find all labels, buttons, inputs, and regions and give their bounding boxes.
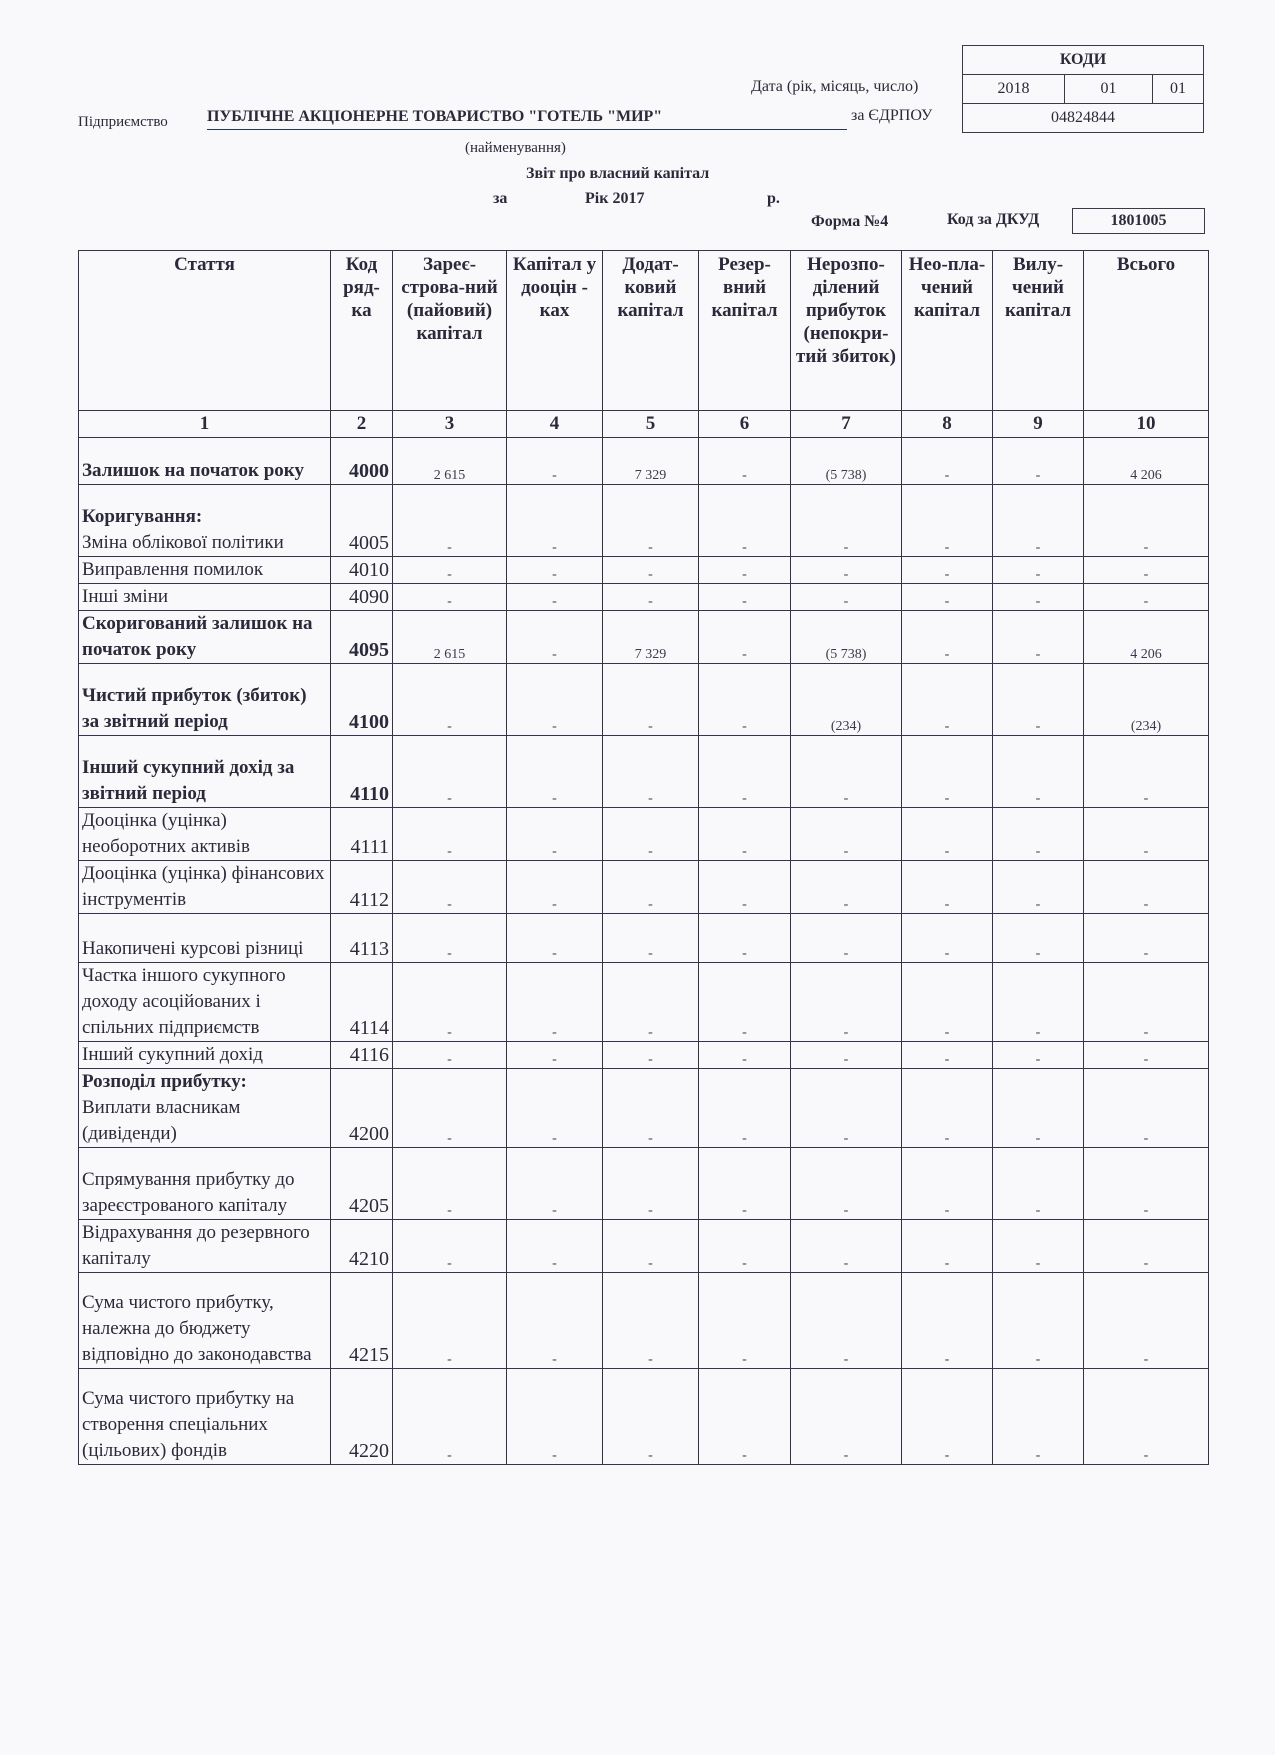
value-cell: - [699, 1273, 791, 1369]
value-cell: - [603, 664, 699, 736]
section-heading: Коригування: [82, 504, 327, 530]
value-cell: - [993, 584, 1084, 611]
value-cell: - [993, 438, 1084, 485]
row-label-cell: Скоригований залишок на початок року [79, 611, 331, 664]
table-row: Дооцінка (уцінка) фінансових інструменті… [79, 861, 1209, 914]
value-cell: - [699, 1069, 791, 1148]
value-cell: - [603, 963, 699, 1042]
value-cell: - [1084, 557, 1209, 584]
column-number: 9 [993, 411, 1084, 438]
row-label: Скоригований залишок на початок року [82, 613, 313, 660]
value-cell: - [791, 1220, 902, 1273]
row-code: 4112 [331, 861, 393, 914]
column-header-2: Код ряд-ка [331, 251, 393, 411]
value-cell: - [699, 914, 791, 963]
row-code: 4116 [331, 1042, 393, 1069]
value-cell: - [791, 1273, 902, 1369]
value-cell: - [507, 861, 603, 914]
period-suffix: р. [767, 190, 780, 208]
value-cell: - [603, 808, 699, 861]
value-cell: - [1084, 485, 1209, 557]
date-label: Дата (рік, місяць, число) [751, 78, 918, 96]
value-cell: - [393, 664, 507, 736]
value-cell: - [393, 963, 507, 1042]
value-cell: - [603, 1220, 699, 1273]
value-cell: - [507, 1273, 603, 1369]
row-code: 4114 [331, 963, 393, 1042]
value-cell: (234) [791, 664, 902, 736]
row-code: 4210 [331, 1220, 393, 1273]
value-cell: - [993, 1369, 1084, 1465]
value-cell: - [902, 1220, 993, 1273]
row-label-cell: Сума чистого прибутку на створення спеці… [79, 1369, 331, 1465]
value-cell: - [791, 557, 902, 584]
value-cell: - [603, 557, 699, 584]
row-code: 4010 [331, 557, 393, 584]
value-cell: - [699, 611, 791, 664]
value-cell: - [993, 1148, 1084, 1220]
row-code: 4111 [331, 808, 393, 861]
row-label-cell: Відрахування до резервного капіталу [79, 1220, 331, 1273]
value-cell: - [791, 736, 902, 808]
value-cell: - [699, 736, 791, 808]
row-label: Відрахування до резервного капіталу [82, 1222, 310, 1269]
value-cell: - [1084, 1220, 1209, 1273]
value-cell: - [507, 1369, 603, 1465]
table-row: Коригування:Зміна облікової політики4005… [79, 485, 1209, 557]
column-header-9: Вилу-чений капітал [993, 251, 1084, 411]
row-code: 4090 [331, 584, 393, 611]
column-header-7: Нерозпо-ділений прибуток (непокри-тий зб… [791, 251, 902, 411]
column-number: 10 [1084, 411, 1209, 438]
table-row: Інший сукупний дохід за звітний період41… [79, 736, 1209, 808]
value-cell: - [507, 1220, 603, 1273]
value-cell: - [1084, 1273, 1209, 1369]
code-day: 01 [1153, 75, 1203, 103]
value-cell: - [993, 736, 1084, 808]
value-cell: (5 738) [791, 438, 902, 485]
value-cell: - [699, 1042, 791, 1069]
row-label: Інші зміни [82, 586, 168, 607]
row-label-cell: Виправлення помилок [79, 557, 331, 584]
value-cell: - [507, 808, 603, 861]
value-cell: - [1084, 861, 1209, 914]
row-label-cell: Спрямування прибутку до зареєстрованого … [79, 1148, 331, 1220]
value-cell: - [393, 1042, 507, 1069]
column-header-10: Всього [1084, 251, 1209, 411]
row-label-cell: Інший сукупний дохід за звітний період [79, 736, 331, 808]
row-label: Дооцінка (уцінка) фінансових інструменті… [82, 863, 325, 910]
value-cell: - [393, 1148, 507, 1220]
row-label: Частка іншого сукупного доходу асоційова… [82, 965, 286, 1038]
value-cell: - [1084, 963, 1209, 1042]
value-cell: - [507, 611, 603, 664]
column-header-8: Нео-пла-чений капітал [902, 251, 993, 411]
report-title: Звіт про власний капітал [526, 165, 709, 183]
value-cell: - [993, 1069, 1084, 1148]
row-label: Інший сукупний дохід [82, 1044, 263, 1065]
value-cell: - [791, 914, 902, 963]
row-code: 4200 [331, 1069, 393, 1148]
row-code: 4005 [331, 485, 393, 557]
row-label: Дооцінка (уцінка) необоротних активів [82, 810, 250, 857]
value-cell: - [603, 861, 699, 914]
column-number: 7 [791, 411, 902, 438]
period-prefix: за [493, 190, 507, 208]
code-year: 2018 [963, 75, 1065, 103]
row-code: 4220 [331, 1369, 393, 1465]
table-row: Частка іншого сукупного доходу асоційова… [79, 963, 1209, 1042]
header-row: СтаттяКод ряд-каЗареє-строва-ний (пайови… [79, 251, 1209, 411]
column-number: 6 [699, 411, 791, 438]
codes-box: КОДИ 2018 01 01 04824844 [962, 45, 1204, 133]
row-label: Спрямування прибутку до зареєстрованого … [82, 1169, 295, 1216]
row-code: 4110 [331, 736, 393, 808]
value-cell: - [1084, 808, 1209, 861]
form-number: Форма №4 [811, 213, 888, 231]
value-cell: - [699, 438, 791, 485]
value-cell: - [603, 736, 699, 808]
table-row: Сума чистого прибутку на створення спеці… [79, 1369, 1209, 1465]
row-label: Сума чистого прибутку, належна до бюджет… [82, 1292, 312, 1365]
value-cell: - [791, 861, 902, 914]
value-cell: - [393, 1069, 507, 1148]
value-cell: - [699, 664, 791, 736]
row-label: Сума чистого прибутку на створення спеці… [82, 1388, 294, 1461]
value-cell: - [507, 438, 603, 485]
report-period: Рік 2017 [585, 190, 644, 208]
row-code: 4000 [331, 438, 393, 485]
enterprise-label: Підприємство [78, 114, 168, 131]
value-cell: 7 329 [603, 611, 699, 664]
value-cell: - [507, 485, 603, 557]
value-cell: - [1084, 1148, 1209, 1220]
value-cell: - [507, 1069, 603, 1148]
column-header-5: Додат-ковий капітал [603, 251, 699, 411]
name-caption: (найменування) [465, 140, 566, 157]
value-cell: - [993, 1220, 1084, 1273]
value-cell: - [993, 963, 1084, 1042]
value-cell: - [902, 557, 993, 584]
value-cell: 4 206 [1084, 611, 1209, 664]
value-cell: - [791, 1148, 902, 1220]
value-cell: - [507, 557, 603, 584]
value-cell: - [902, 1042, 993, 1069]
value-cell: - [902, 611, 993, 664]
value-cell: - [1084, 584, 1209, 611]
value-cell: - [1084, 736, 1209, 808]
row-label-cell: Сума чистого прибутку, належна до бюджет… [79, 1273, 331, 1369]
dkud-code-box: 1801005 [1072, 208, 1205, 234]
row-label: Виправлення помилок [82, 559, 263, 580]
value-cell: - [993, 1042, 1084, 1069]
row-code: 4113 [331, 914, 393, 963]
row-code: 4100 [331, 664, 393, 736]
value-cell: - [902, 438, 993, 485]
value-cell: - [902, 808, 993, 861]
value-cell: - [993, 861, 1084, 914]
value-cell: - [791, 808, 902, 861]
value-cell: 7 329 [603, 438, 699, 485]
value-cell: - [993, 664, 1084, 736]
value-cell: (5 738) [791, 611, 902, 664]
value-cell: - [699, 1148, 791, 1220]
value-cell: - [993, 557, 1084, 584]
value-cell: - [603, 1148, 699, 1220]
value-cell: - [507, 914, 603, 963]
value-cell: - [1084, 1069, 1209, 1148]
value-cell: - [699, 963, 791, 1042]
row-label: Накопичені курсові різниці [82, 938, 303, 959]
value-cell: - [902, 664, 993, 736]
value-cell: - [699, 1369, 791, 1465]
value-cell: - [603, 584, 699, 611]
value-cell: - [507, 1042, 603, 1069]
value-cell: - [1084, 914, 1209, 963]
column-header-6: Резер-вний капітал [699, 251, 791, 411]
table-row: Чистий прибуток (збиток) за звітний пері… [79, 664, 1209, 736]
table-row: Відрахування до резервного капіталу4210-… [79, 1220, 1209, 1273]
value-cell: - [791, 1369, 902, 1465]
table-row: Виправлення помилок4010-------- [79, 557, 1209, 584]
table-row: Скоригований залишок на початок року4095… [79, 611, 1209, 664]
equity-statement-table: СтаттяКод ряд-каЗареє-строва-ний (пайови… [78, 250, 1209, 1465]
table-row: Інші зміни4090-------- [79, 584, 1209, 611]
value-cell: - [902, 963, 993, 1042]
value-cell: - [393, 808, 507, 861]
value-cell: - [902, 736, 993, 808]
value-cell: - [507, 736, 603, 808]
value-cell: - [603, 1042, 699, 1069]
column-number: 8 [902, 411, 993, 438]
value-cell: 4 206 [1084, 438, 1209, 485]
column-number-row: 12345678910 [79, 411, 1209, 438]
code-edrpou: 04824844 [963, 104, 1203, 131]
value-cell: - [699, 485, 791, 557]
value-cell: - [603, 914, 699, 963]
column-header-1: Стаття [79, 251, 331, 411]
row-label-cell: Дооцінка (уцінка) фінансових інструменті… [79, 861, 331, 914]
value-cell: 2 615 [393, 611, 507, 664]
table-row: Накопичені курсові різниці4113-------- [79, 914, 1209, 963]
value-cell: - [699, 808, 791, 861]
value-cell: - [603, 1069, 699, 1148]
value-cell: - [603, 1273, 699, 1369]
table-row: Спрямування прибутку до зареєстрованого … [79, 1148, 1209, 1220]
table-row: Залишок на початок року40002 615-7 329-(… [79, 438, 1209, 485]
value-cell: - [507, 664, 603, 736]
row-label-cell: Коригування:Зміна облікової політики [79, 485, 331, 557]
column-number: 3 [393, 411, 507, 438]
value-cell: - [993, 611, 1084, 664]
value-cell: - [902, 1369, 993, 1465]
row-label: Виплати власникам (дивіденди) [82, 1097, 240, 1144]
column-header-4: Капітал у дооцін - ках [507, 251, 603, 411]
value-cell: - [902, 1148, 993, 1220]
value-cell: - [393, 557, 507, 584]
row-label: Інший сукупний дохід за звітний період [82, 757, 294, 804]
row-label: Чистий прибуток (збиток) за звітний пері… [82, 685, 307, 732]
value-cell: - [993, 914, 1084, 963]
code-month: 01 [1065, 75, 1153, 103]
value-cell: - [902, 861, 993, 914]
dkud-label: Код за ДКУД [947, 211, 1039, 229]
value-cell: - [902, 1069, 993, 1148]
row-label-cell: Накопичені курсові різниці [79, 914, 331, 963]
value-cell: - [993, 485, 1084, 557]
value-cell: - [393, 861, 507, 914]
row-code: 4205 [331, 1148, 393, 1220]
column-number: 4 [507, 411, 603, 438]
value-cell: - [791, 963, 902, 1042]
value-cell: (234) [1084, 664, 1209, 736]
value-cell: - [507, 963, 603, 1042]
row-label-cell: Дооцінка (уцінка) необоротних активів [79, 808, 331, 861]
value-cell: - [393, 1220, 507, 1273]
value-cell: - [603, 1369, 699, 1465]
value-cell: - [393, 736, 507, 808]
row-label: Залишок на початок року [82, 460, 304, 481]
row-code: 4095 [331, 611, 393, 664]
table-row: Інший сукупний дохід4116-------- [79, 1042, 1209, 1069]
column-header-3: Зареє-строва-ний (пайовий) капітал [393, 251, 507, 411]
value-cell: - [902, 584, 993, 611]
row-label-cell: Залишок на початок року [79, 438, 331, 485]
value-cell: - [393, 485, 507, 557]
value-cell: 2 615 [393, 438, 507, 485]
value-cell: - [902, 485, 993, 557]
value-cell: - [1084, 1369, 1209, 1465]
row-label-cell: Інші зміни [79, 584, 331, 611]
codes-title: КОДИ [963, 46, 1203, 74]
table-row: Дооцінка (уцінка) необоротних активів411… [79, 808, 1209, 861]
value-cell: - [791, 1042, 902, 1069]
value-cell: - [603, 485, 699, 557]
table-row: Розподіл прибутку:Виплати власникам (див… [79, 1069, 1209, 1148]
row-label-cell: Інший сукупний дохід [79, 1042, 331, 1069]
value-cell: - [393, 1369, 507, 1465]
value-cell: - [902, 1273, 993, 1369]
row-code: 4215 [331, 1273, 393, 1369]
table-row: Сума чистого прибутку, належна до бюджет… [79, 1273, 1209, 1369]
value-cell: - [791, 485, 902, 557]
edrpou-label: за ЄДРПОУ [851, 107, 932, 125]
value-cell: - [699, 584, 791, 611]
value-cell: - [699, 1220, 791, 1273]
value-cell: - [507, 584, 603, 611]
value-cell: - [791, 1069, 902, 1148]
column-number: 2 [331, 411, 393, 438]
value-cell: - [993, 1273, 1084, 1369]
value-cell: - [699, 557, 791, 584]
column-number: 5 [603, 411, 699, 438]
value-cell: - [699, 861, 791, 914]
value-cell: - [993, 808, 1084, 861]
value-cell: - [1084, 1042, 1209, 1069]
value-cell: - [393, 584, 507, 611]
value-cell: - [902, 914, 993, 963]
row-label-cell: Розподіл прибутку:Виплати власникам (див… [79, 1069, 331, 1148]
value-cell: - [791, 584, 902, 611]
row-label-cell: Чистий прибуток (збиток) за звітний пері… [79, 664, 331, 736]
value-cell: - [393, 1273, 507, 1369]
section-heading: Розподіл прибутку: [82, 1069, 327, 1095]
row-label: Зміна облікової політики [82, 532, 284, 553]
row-label-cell: Частка іншого сукупного доходу асоційова… [79, 963, 331, 1042]
column-number: 1 [79, 411, 331, 438]
enterprise-name: ПУБЛІЧНЕ АКЦІОНЕРНЕ ТОВАРИСТВО "ГОТЕЛЬ "… [207, 108, 847, 130]
value-cell: - [393, 914, 507, 963]
value-cell: - [507, 1148, 603, 1220]
